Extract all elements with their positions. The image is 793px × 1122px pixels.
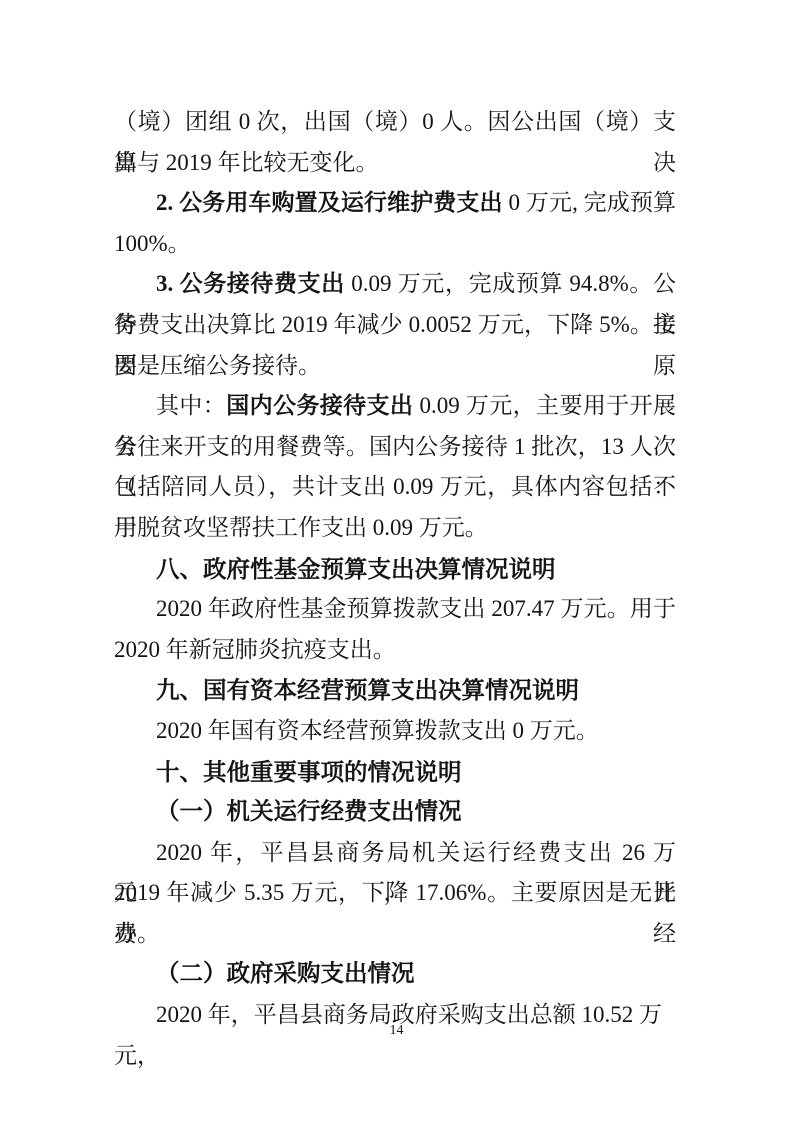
text-line: 于脱贫攻坚帮扶工作支出 0.09 万元。 bbox=[114, 508, 676, 549]
text-run: 2020 年新冠肺炎抗疫支出。 bbox=[114, 637, 396, 662]
text-line: 3. 公务接待费支出 0.09 万元，完成预算 94.8%。公务接 bbox=[114, 264, 676, 305]
text-run: 费。 bbox=[114, 921, 160, 946]
heading-text: 九、国有资本经营预算支出决算情况说明 bbox=[156, 677, 579, 703]
heading-subsection-two: （二）政府采购支出情况 bbox=[114, 954, 676, 995]
heading-text: 十、其他重要事项的情况说明 bbox=[156, 759, 462, 785]
heading-subsection-one: （一）机关运行经费支出情况 bbox=[114, 792, 676, 833]
heading-text: （一）机关运行经费支出情况 bbox=[156, 799, 462, 825]
bold-run: 国内公务接待支出 bbox=[226, 393, 413, 418]
text-line: 2019 年减少 5.35 万元，下降 17.06%。主要原因是无开办经 bbox=[114, 873, 676, 914]
text-run: 0 万元, 完成预算 bbox=[503, 190, 676, 215]
text-line: 2020 年国有资本经营预算拨款支出 0 万元。 bbox=[114, 711, 676, 752]
text-line: 包括陪同人员），共计支出 0.09 万元，具体内容包括：用 bbox=[114, 467, 676, 508]
heading-text: （二）政府采购支出情况 bbox=[156, 961, 415, 987]
heading-text: 八、政府性基金预算支出决算情况说明 bbox=[156, 556, 556, 582]
text-line: 2020 年新冠肺炎抗疫支出。 bbox=[114, 630, 676, 671]
heading-section-ten: 十、其他重要事项的情况说明 bbox=[114, 752, 676, 793]
text-line: 2. 公务用车购置及运行维护费支出 0 万元, 完成预算 bbox=[114, 183, 676, 224]
text-line: 待费支出决算比 2019 年减少 0.0052 万元，下降 5%。主要原 bbox=[114, 305, 676, 346]
text-run: 2019 年减少 5.35 万元，下降 17.06%。主要原因是无开办经 bbox=[114, 880, 676, 946]
page-number: 14 bbox=[0, 1023, 793, 1039]
text-run: 于脱贫攻坚帮扶工作支出 0.09 万元。 bbox=[114, 515, 488, 540]
text-run: 其中： bbox=[156, 393, 226, 418]
text-run: 100%。 bbox=[114, 231, 191, 256]
text-line: 2020 年，平昌县商务局机关运行经费支出 26 万元，比 bbox=[114, 833, 676, 874]
document-page: （境）团组 0 次，出国（境）0 人。因公出国（境）支出决 算与 2019 年比… bbox=[0, 0, 793, 1122]
heading-section-nine: 九、国有资本经营预算支出决算情况说明 bbox=[114, 670, 676, 711]
document-body: （境）团组 0 次，出国（境）0 人。因公出国（境）支出决 算与 2019 年比… bbox=[114, 102, 676, 1036]
text-line: 其中：国内公务接待支出 0.09 万元，主要用于开展公 bbox=[114, 386, 676, 427]
text-run: 算与 2019 年比较无变化。 bbox=[114, 150, 379, 175]
text-line: 100%。 bbox=[114, 224, 676, 265]
bold-run: 2. 公务用车购置及运行维护费支出 bbox=[156, 190, 503, 215]
text-run: 2020 年国有资本经营预算拨款支出 0 万元。 bbox=[156, 718, 599, 743]
text-run: 2020 年政府性基金预算拨款支出 207.47 万元。用于 bbox=[156, 596, 676, 621]
bold-run: 3. 公务接待费支出 bbox=[156, 271, 345, 296]
heading-section-eight: 八、政府性基金预算支出决算情况说明 bbox=[114, 549, 676, 590]
text-line: 2020 年政府性基金预算拨款支出 207.47 万元。用于 bbox=[114, 589, 676, 630]
text-line: 务往来开支的用餐费等。国内公务接待 1 批次，13 人次（不 bbox=[114, 427, 676, 468]
text-run: 因是压缩公务接待。 bbox=[114, 353, 321, 378]
text-line: （境）团组 0 次，出国（境）0 人。因公出国（境）支出决 bbox=[114, 102, 676, 143]
